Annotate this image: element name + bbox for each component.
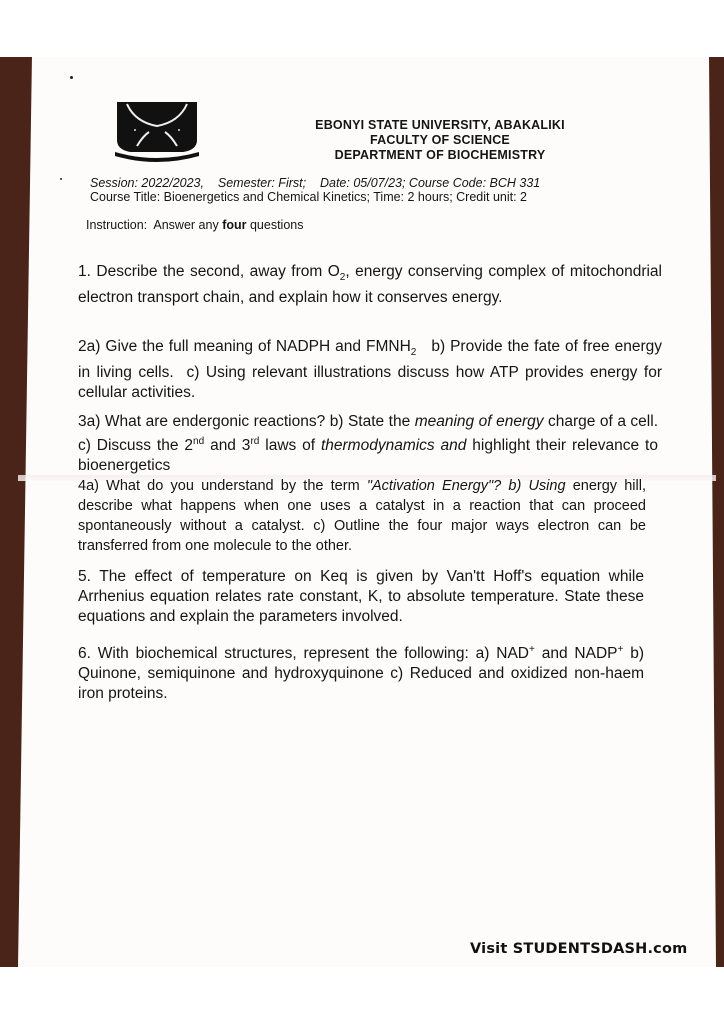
instruction-suffix: questions — [247, 218, 304, 232]
question-text-italic: meaning of energy — [415, 413, 544, 430]
question-number: 4a) — [78, 478, 99, 494]
question-number: 6. — [78, 645, 91, 662]
university-crest-icon — [113, 100, 201, 162]
department-name: DEPARTMENT OF BIOCHEMISTRY — [280, 148, 600, 163]
question-text: and NADP — [535, 645, 618, 662]
question-number: 5. — [78, 568, 91, 585]
question-3: 3a) What are endergonic reactions? b) St… — [78, 412, 658, 476]
question-4: 4a) What do you understand by the term "… — [78, 476, 646, 556]
question-6: 6. With biochemical structures, represen… — [78, 640, 644, 704]
question-number: 2a) — [78, 338, 100, 355]
question-text-italic: "Activation Energy"? b) Using — [367, 478, 566, 494]
faculty-name: FACULTY OF SCIENCE — [280, 133, 600, 148]
question-number: 1. — [78, 263, 91, 280]
question-text: What do you understand by the term — [106, 478, 367, 494]
question-text-italic: thermodynamics and — [321, 437, 466, 454]
question-text: What are endergonic reactions? b) State … — [105, 413, 415, 430]
question-number: 3a) — [78, 413, 100, 430]
instruction-emphasis: four — [222, 218, 246, 232]
course-title-line: Course Title: Bioenergetics and Chemical… — [90, 190, 540, 204]
instruction: Instruction: Answer any four questions — [86, 218, 303, 232]
question-text: Give the full meaning of NADPH and FMNH — [105, 338, 410, 355]
question-1: 1. Describe the second, away from O2, en… — [78, 262, 662, 308]
question-text: laws of — [259, 437, 321, 454]
question-text: The effect of temperature on Keq is give… — [78, 568, 644, 625]
superscript: nd — [193, 436, 204, 447]
ink-speck — [70, 76, 73, 79]
exam-header: EBONYI STATE UNIVERSITY, ABAKALIKI FACUL… — [280, 118, 600, 163]
university-name: EBONYI STATE UNIVERSITY, ABAKALIKI — [280, 118, 600, 133]
session-line: Session: 2022/2023, Semester: First; Dat… — [90, 176, 540, 190]
ink-speck — [60, 178, 62, 180]
question-text: With biochemical structures, represent t… — [98, 645, 529, 662]
question-2: 2a) Give the full meaning of NADPH and F… — [78, 337, 662, 403]
watermark-text: Visit STUDENTSDASH.com — [470, 941, 687, 957]
exam-meta: Session: 2022/2023, Semester: First; Dat… — [90, 176, 540, 204]
question-text: and 3 — [204, 437, 250, 454]
instruction-prefix: Instruction: Answer any — [86, 218, 222, 232]
question-5: 5. The effect of temperature on Keq is g… — [78, 567, 644, 627]
question-text: Describe the second, away from O — [96, 263, 339, 280]
